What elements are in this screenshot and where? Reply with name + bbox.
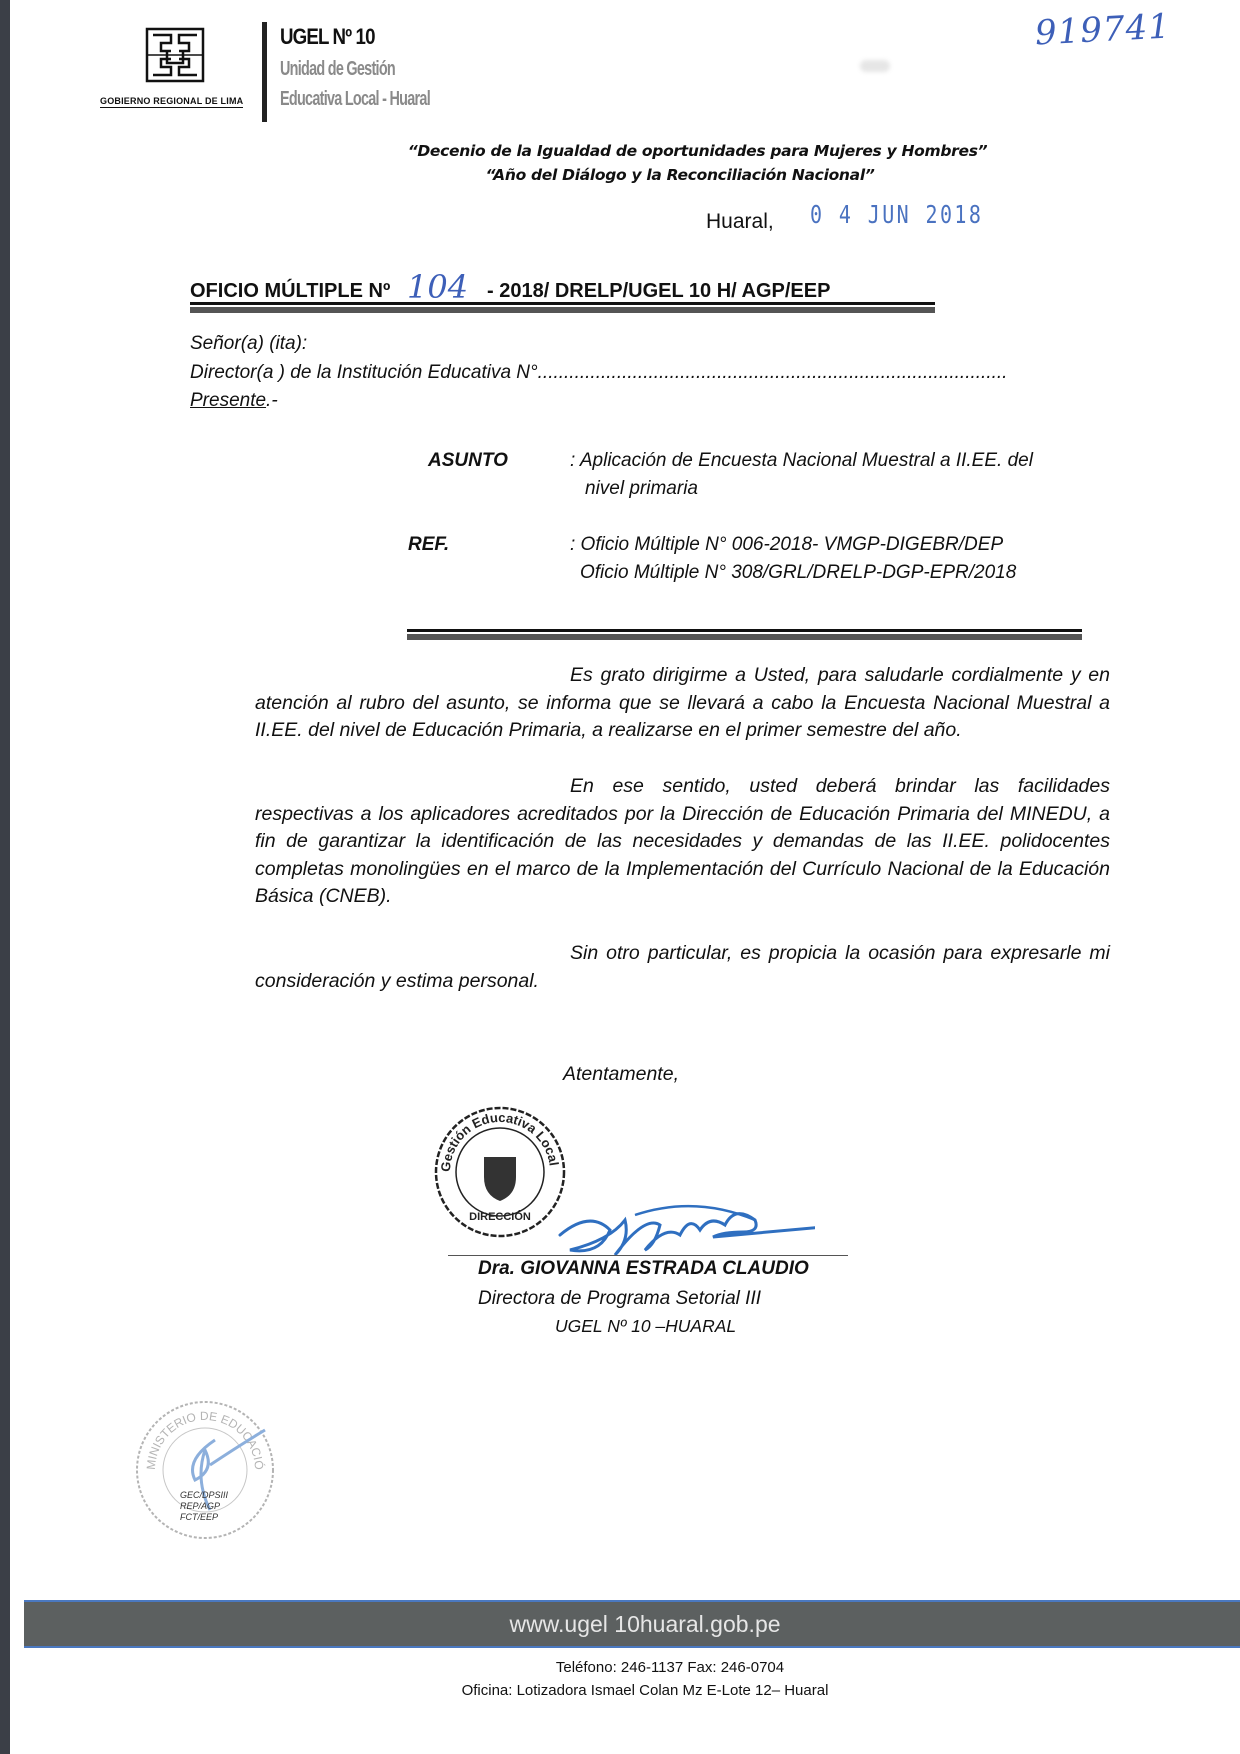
signature-line <box>448 1255 848 1256</box>
date-stamp: 0 4 JUN 2018 <box>810 200 983 229</box>
gobierno-regional-logo-icon <box>145 27 205 83</box>
asunto-value-line-1: : Aplicación de Encuesta Nacional Muestr… <box>570 450 1033 472</box>
svg-text:DIRECCIÓN: DIRECCIÓN <box>469 1210 531 1223</box>
title-rule-thick <box>190 307 935 313</box>
svg-text:MINISTERIO DE EDUCACIÓN: MINISTERIO DE EDUCACIÓN <box>130 1395 267 1470</box>
header-divider <box>262 22 267 122</box>
signer-name: Dra. GIOVANNA ESTRADA CLAUDIO <box>478 1258 809 1280</box>
oficio-label: OFICIO MÚLTIPLE Nº <box>190 280 390 303</box>
presente-suffix: .- <box>266 390 278 412</box>
oficio-code: - 2018/ DRELP/UGEL 10 H/ AGP/EEP <box>487 280 830 303</box>
footer-office-address: Oficina: Lotizadora Ismael Colan Mz E-Lo… <box>0 1682 1240 1699</box>
signer-title: Directora de Programa Setorial III <box>478 1288 761 1310</box>
ref-value-line-2: Oficio Múltiple N° 308/GRL/DRELP-DGP-EPR… <box>580 562 1016 584</box>
body-paragraph-2: En ese sentido, usted deberá brindar las… <box>255 773 1110 911</box>
ugel-subtitle-2: Educativa Local - Huaral <box>280 88 430 111</box>
asunto-label: ASUNTO <box>428 450 508 472</box>
ugel-title: UGEL Nº 10 <box>280 24 375 50</box>
title-rule <box>190 302 935 305</box>
ugel-subtitle-1: Unidad de Gestión <box>280 58 395 81</box>
visa-code-1: GEC/DPSIII <box>180 1490 228 1501</box>
ref-label: REF. <box>408 534 449 556</box>
closing: Atentamente, <box>563 1063 679 1086</box>
scan-left-edge <box>0 0 10 1754</box>
gobierno-regional-label: GOBIERNO REGIONAL DE LIMA <box>100 96 243 108</box>
body-paragraph-1: Es grato dirigirme a Usted, para saludar… <box>255 662 1110 745</box>
addressee-director: Director(a ) de la Institución Educativa… <box>190 362 1007 384</box>
asunto-value-line-2: nivel primaria <box>585 478 698 500</box>
addressee-salutation: Señor(a) (ita): <box>190 333 307 355</box>
date-place: Huaral, <box>706 210 774 234</box>
scan-smudge <box>860 60 890 72</box>
motto-line-1: “Decenio de la Igualdad de oportunidades… <box>0 142 1240 160</box>
ref-value-line-1: : Oficio Múltiple N° 006-2018- VMGP-DIGE… <box>570 534 1003 556</box>
subject-rule <box>407 629 1082 632</box>
presente-text: Presente <box>190 390 266 411</box>
footer-phone: Teléfono: 246-1137 Fax: 246-0704 <box>0 1659 1240 1676</box>
motto-line-2: “Año del Diálogo y la Reconciliación Nac… <box>0 166 1240 184</box>
handwritten-registry-number: 919741 <box>1034 6 1172 53</box>
oficio-handwritten-number: 104 <box>407 268 468 306</box>
body-paragraph-3: Sin otro particular, es propicia la ocas… <box>255 940 1110 995</box>
subject-rule-thick <box>407 634 1082 640</box>
official-seal-stamp-icon: Gestión Educativa Local Nº DIRECCIÓN <box>430 1102 570 1242</box>
addressee-presente: Presente.- <box>190 390 278 412</box>
signer-organization: UGEL Nº 10 –HUARAL <box>555 1316 736 1337</box>
footer-website-link[interactable]: www.ugel 10huaral.gob.pe <box>0 1600 1240 1648</box>
visa-code-2: REP/AGP <box>180 1501 228 1512</box>
visa-code-3: FCT/EEP <box>180 1512 228 1523</box>
visa-codes: GEC/DPSIII REP/AGP FCT/EEP <box>180 1490 228 1523</box>
